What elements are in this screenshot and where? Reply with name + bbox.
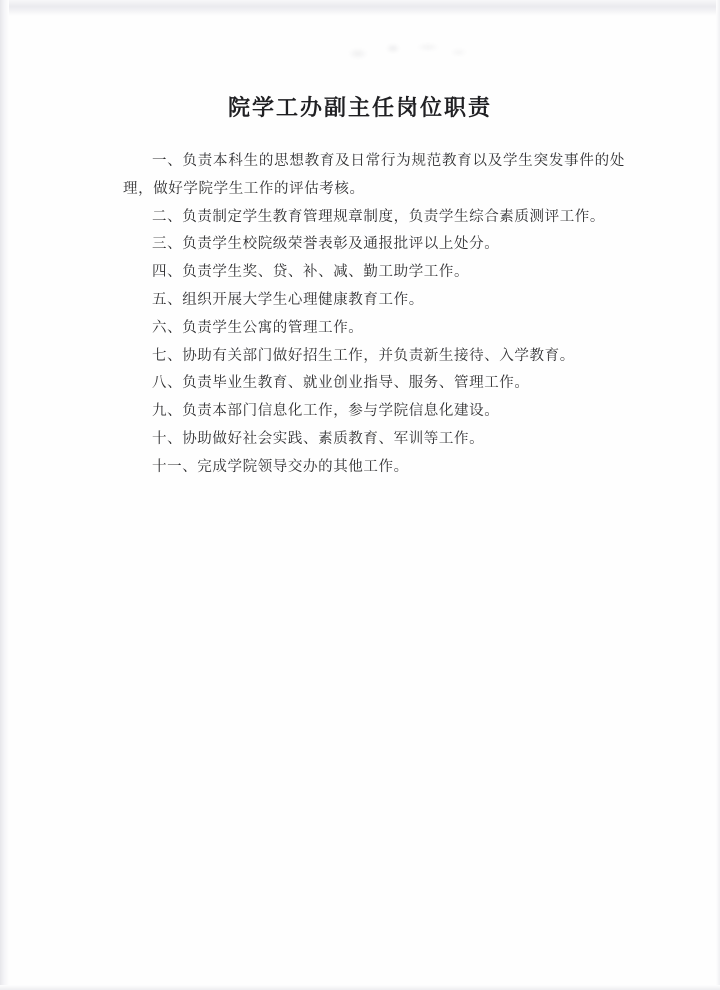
document-title: 院学工办副主任岗位职责 [0, 92, 720, 124]
duty-item: 七、协助有关部门做好招生工作，并负责新生接待、入学教育。 [123, 343, 625, 371]
duty-item: 三、负责学生校院级荣誉表彰及通报批评以上处分。 [123, 231, 625, 259]
duty-item: 八、负责毕业生教育、就业创业指导、服务、管理工作。 [123, 370, 625, 398]
duty-item: 一、负责本科生的思想教育及日常行为规范教育以及学生突发事件的处理，做好学院学生工… [123, 148, 625, 204]
duty-item: 四、负责学生奖、贷、补、减、勤工助学工作。 [123, 259, 625, 287]
document-body: 一、负责本科生的思想教育及日常行为规范教育以及学生突发事件的处理，做好学院学生工… [123, 148, 625, 482]
duty-item: 九、负责本部门信息化工作，参与学院信息化建设。 [123, 398, 625, 426]
scan-edge-left [0, 0, 9, 990]
duty-item: 二、负责制定学生教育管理规章制度，负责学生综合素质测评工作。 [123, 204, 625, 232]
scan-edge-top [0, 0, 720, 16]
scan-edge-bottom [0, 985, 720, 990]
duty-item: 十一、完成学院领导交办的其他工作。 [123, 454, 625, 482]
scanned-document-page: 院学工办副主任岗位职责 一、负责本科生的思想教育及日常行为规范教育以及学生突发事… [0, 0, 720, 990]
duty-item: 六、负责学生公寓的管理工作。 [123, 315, 625, 343]
bleed-through-smudge [330, 38, 470, 64]
duty-item: 十、协助做好社会实践、素质教育、军训等工作。 [123, 426, 625, 454]
duty-item: 五、组织开展大学生心理健康教育工作。 [123, 287, 625, 315]
scan-edge-right [716, 0, 720, 990]
